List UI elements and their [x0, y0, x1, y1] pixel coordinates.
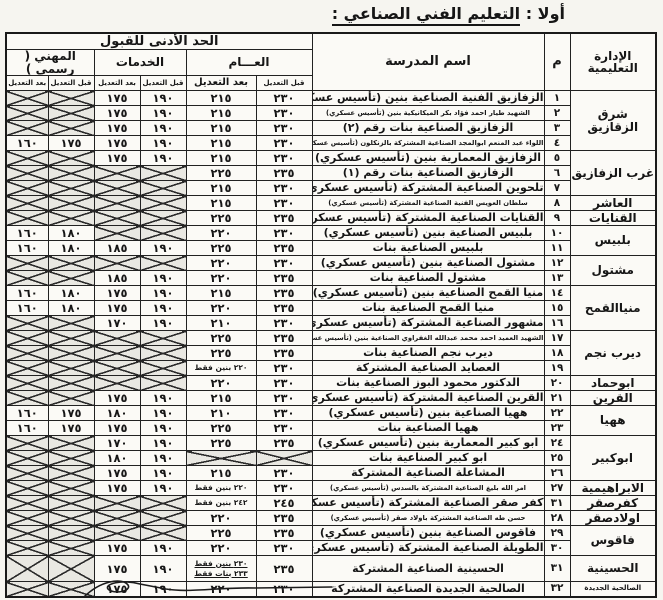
table-row: بلبيس١٠بلبيس الصناعية بنين (تأسيس عسكري)… — [6, 226, 656, 241]
value-cell: ٢١٠ — [186, 316, 256, 331]
admin-cell: ههيا — [570, 406, 656, 436]
header-school-name: اسم المدرسة — [312, 33, 544, 91]
row-number-cell: ١ — [544, 91, 570, 106]
value-cell: ٢٣٥ — [256, 166, 312, 181]
value-cell: ١٩٠ — [140, 316, 186, 331]
crossed-cell — [140, 331, 186, 346]
row-number-cell: ٣١ — [544, 496, 570, 511]
row-number-cell: ٢٠ — [544, 376, 570, 391]
value-cell: ٢٣٠ — [256, 181, 312, 196]
value-cell: ٢٣٠ — [256, 121, 312, 136]
table-row: فاقوس٢٩فاقوس الصناعية بنين (تأسيس عسكري)… — [6, 526, 656, 541]
crossed-cell — [140, 196, 186, 211]
school-name-cell: مشتول الصناعية بنات — [312, 271, 544, 286]
crossed-cell — [48, 541, 94, 556]
value-cell: ١٦٠ — [6, 421, 48, 436]
school-name-cell: منيا القمح الصناعية بنين (تأسيس عسكري) — [312, 286, 544, 301]
table-header: الإدارة التعليمية م اسم المدرسة الحد الأ… — [6, 33, 656, 91]
table-row: ١٩العصايد الصناعية المشتركة٢٣٠٢٢٠ بنين ف… — [6, 361, 656, 376]
header-group-vocational: المهني ( رسمي ) — [6, 50, 94, 76]
crossed-cell — [6, 556, 48, 582]
table-row: ديرب نجم١٧الشهيد العميد احمد محمد عبدالل… — [6, 331, 656, 346]
page-title-main: التعليم الفني الصناعي : — [332, 4, 520, 26]
value-cell: ٢٣٠ — [256, 196, 312, 211]
value-cell: ٢٢٠ — [186, 376, 256, 391]
table-row: شرق الزقازيق١الزفازيق الفنية الصناعية بن… — [6, 91, 656, 106]
school-name-cell: مشهور الصناعية المشتركة (تأسيس عسكري) — [312, 316, 544, 331]
table-row: ههيا٢٢ههيا الصناعية بنين (تأسيس عسكري)٢٣… — [6, 406, 656, 421]
header-general-after: بعد التعديل — [186, 76, 256, 91]
value-cell: ١٧٥ — [48, 406, 94, 421]
value-cell: ١٧٥ — [48, 136, 94, 151]
row-number-cell: ١٦ — [544, 316, 570, 331]
value-cell: ٢٣٥ — [256, 436, 312, 451]
value-cell: ٢٣٠ — [256, 541, 312, 556]
value-cell: ٢٣٥ — [256, 526, 312, 541]
crossed-cell — [48, 511, 94, 526]
school-name-cell: منيا القمح الصناعية بنات — [312, 301, 544, 316]
admin-cell: الصالحية الجديدة — [570, 582, 656, 597]
value-cell: ٢٢٥ — [186, 526, 256, 541]
table-row: ٢الشهيد طيار احمد فؤاد بكر الميكانيكية ب… — [6, 106, 656, 121]
school-name-cell: الزفازيق المعمارية بنين (تأسيس عسكري) — [312, 151, 544, 166]
table-row: غرب الزفازيق٥الزفازيق المعمارية بنين (تأ… — [6, 151, 656, 166]
crossed-cell — [94, 211, 140, 226]
value-cell: ٢١٥ — [186, 286, 256, 301]
value-cell: ١٩٠ — [140, 121, 186, 136]
crossed-cell — [140, 181, 186, 196]
handwritten-mark — [70, 575, 370, 600]
row-number-cell: ٣٢ — [544, 582, 570, 597]
crossed-cell — [6, 271, 48, 286]
value-cell: ٢١٥ — [186, 151, 256, 166]
value-cell: ٢٣٠ — [256, 106, 312, 121]
table-row: ٧تلحوين الصناعية المشتركة (تأسيس عسكري)٢… — [6, 181, 656, 196]
admin-cell: ابوكبير — [570, 436, 656, 481]
crossed-cell — [48, 271, 94, 286]
value-cell: ٢٢٠ — [186, 301, 256, 316]
crossed-cell — [48, 346, 94, 361]
value-cell: ١٧٥ — [94, 106, 140, 121]
crossed-cell — [94, 166, 140, 181]
row-number-cell: ١٥ — [544, 301, 570, 316]
value-cell: ٢٣٠ — [256, 136, 312, 151]
table-row: ١١بلبيس الصناعية بنات٢٣٥٢٢٥١٩٠١٨٥١٨٠١٦٠ — [6, 241, 656, 256]
row-number-cell: ٤ — [544, 136, 570, 151]
value-cell: ٢٣٠ — [256, 481, 312, 496]
school-name-cell: الشهيد العميد احمد محمد عبدالله الغفراوي… — [312, 331, 544, 346]
crossed-cell — [256, 451, 312, 466]
value-cell: ١٧٥ — [94, 481, 140, 496]
table-row: ١٣مشتول الصناعية بنات٢٣٥٢٢٠١٩٠١٨٥ — [6, 271, 656, 286]
crossed-cell — [48, 181, 94, 196]
crossed-cell — [94, 376, 140, 391]
admin-cell: مشتول — [570, 256, 656, 286]
crossed-cell — [94, 226, 140, 241]
header-general-before: قبل التعديل — [256, 76, 312, 91]
crossed-cell — [6, 166, 48, 181]
value-cell: ١٩٠ — [140, 406, 186, 421]
admin-cell: اولادصقر — [570, 511, 656, 526]
crossed-cell — [48, 436, 94, 451]
crossed-cell — [48, 91, 94, 106]
value-cell: ٢٣٠ — [256, 361, 312, 376]
crossed-cell — [6, 582, 48, 597]
crossed-cell — [48, 361, 94, 376]
table-row: ٢٣ههيا الصناعية بنات٢٣٠٢٢٥١٩٠١٧٥١٧٥١٦٠ — [6, 421, 656, 436]
value-cell: ٢٢٥ — [186, 421, 256, 436]
row-number-cell: ٢١ — [544, 391, 570, 406]
admission-minimums-table: الإدارة التعليمية م اسم المدرسة الحد الأ… — [5, 32, 657, 598]
value-cell: ٢٣٥ — [256, 241, 312, 256]
header-group-services: الخدمات — [94, 50, 186, 76]
value-cell: ١٦٠ — [6, 406, 48, 421]
value-cell: ٢٣٠ — [256, 256, 312, 271]
row-number-cell: ١٤ — [544, 286, 570, 301]
value-cell: ١٩٠ — [140, 106, 186, 121]
admin-cell: القنايات — [570, 211, 656, 226]
school-name-cell: الزفازيق الصناعية بنات رقم (١) — [312, 166, 544, 181]
crossed-cell — [6, 451, 48, 466]
value-cell: ٢٣٠ — [256, 91, 312, 106]
value-cell: ٢٣٥ — [256, 271, 312, 286]
table-row: ١٦مشهور الصناعية المشتركة (تأسيس عسكري)٢… — [6, 316, 656, 331]
table-row: العاشر٨سلطان العويس الفنية الصناعية المش… — [6, 196, 656, 211]
row-number-cell: ٥ — [544, 151, 570, 166]
header-group-general: العـــام — [186, 50, 312, 76]
value-cell: ٢٣٥ — [256, 511, 312, 526]
value-cell: ١٩٠ — [140, 421, 186, 436]
crossed-cell — [6, 211, 48, 226]
value-cell: ٢١٥ — [186, 136, 256, 151]
value-cell: ٢٤٥ — [256, 496, 312, 511]
school-name-cell: الطويلة الصناعية المشتركة (تأسيس عسكري) — [312, 541, 544, 556]
value-cell: ٢١٠ — [186, 406, 256, 421]
row-number-cell: ٢٤ — [544, 436, 570, 451]
row-number-cell: ٣٠ — [544, 541, 570, 556]
value-cell: ٢٣٠ — [256, 406, 312, 421]
value-cell: ١٩٠ — [140, 451, 186, 466]
school-name-cell: الشهيد طيار احمد فؤاد بكر الميكانيكية بن… — [312, 106, 544, 121]
crossed-cell — [48, 391, 94, 406]
table-row: الابراهيمية٢٧امر الله بليغ الصناعية المش… — [6, 481, 656, 496]
value-cell: ١٨٥ — [94, 271, 140, 286]
table-row: اولادصقر٢٨حسن طه الصناعية المشتركة باولا… — [6, 511, 656, 526]
crossed-cell — [6, 91, 48, 106]
value-cell: ٢١٥ — [186, 91, 256, 106]
crossed-cell — [140, 346, 186, 361]
value-cell: ٢٢٥ — [186, 436, 256, 451]
school-name-cell: الدكتور محمود البوز الصناعية بنات — [312, 376, 544, 391]
crossed-cell — [94, 511, 140, 526]
school-name-cell: المشاعلة الصناعية المشتركة — [312, 466, 544, 481]
school-name-cell: كفر صقر الصناعية المشتركة (تأسيس عسكري) — [312, 496, 544, 511]
table-row: ابوحماد٢٠الدكتور محمود البوز الصناعية بن… — [6, 376, 656, 391]
crossed-cell — [48, 256, 94, 271]
crossed-cell — [6, 391, 48, 406]
value-cell: ١٧٥ — [94, 136, 140, 151]
value-cell: ١٦٠ — [6, 301, 48, 316]
header-minimum-admission: الحد الأدنى للقبول — [6, 33, 312, 50]
table-row: القرين٢١القرين الصناعية المشتركة (تأسيس … — [6, 391, 656, 406]
school-name-cell: مشتول الصناعية بنين (تأسيس عسكري) — [312, 256, 544, 271]
table-row: ١٥منيا القمح الصناعية بنات٢٣٥٢٢٠١٩٠١٧٥١٨… — [6, 301, 656, 316]
value-cell: ٢٣٠ — [256, 391, 312, 406]
crossed-cell — [48, 106, 94, 121]
value-cell: ٢٣٠ — [256, 421, 312, 436]
crossed-cell — [140, 226, 186, 241]
crossed-cell — [140, 211, 186, 226]
value-cell: ١٨٠ — [48, 226, 94, 241]
value-cell: ١٦٠ — [6, 241, 48, 256]
value-cell: ٢٢٠ بنين فقط — [186, 361, 256, 376]
crossed-cell — [6, 256, 48, 271]
crossed-cell — [94, 496, 140, 511]
crossed-cell — [140, 166, 186, 181]
school-name-cell: القرين الصناعية المشتركة (تأسيس عسكري) — [312, 391, 544, 406]
crossed-cell — [94, 181, 140, 196]
value-cell: ١٩٠ — [140, 301, 186, 316]
page-title: أولا : التعليم الفني الصناعي : — [332, 4, 565, 23]
row-number-cell: ٢٢ — [544, 406, 570, 421]
admin-cell: القرين — [570, 391, 656, 406]
row-number-cell: ٢ — [544, 106, 570, 121]
value-cell: ١٧٥ — [94, 301, 140, 316]
value-cell: ١٦٠ — [6, 136, 48, 151]
value-cell: ٢١٥ — [186, 466, 256, 481]
school-name-cell: الزفازيق الفنية الصناعية بنين (تأسيس عسك… — [312, 91, 544, 106]
value-cell: ١٧٥ — [94, 91, 140, 106]
row-number-cell: ٦ — [544, 166, 570, 181]
school-name-cell: امر الله بليغ الصناعية المشتركة بالسدس (… — [312, 481, 544, 496]
value-cell: ١٩٠ — [140, 541, 186, 556]
crossed-cell — [94, 196, 140, 211]
admin-cell: منياالقمح — [570, 286, 656, 331]
row-number-cell: ٢٥ — [544, 451, 570, 466]
crossed-cell — [6, 196, 48, 211]
crossed-cell — [48, 496, 94, 511]
crossed-cell — [6, 496, 48, 511]
value-cell: ٢٣٠ — [256, 376, 312, 391]
school-name-cell: العصايد الصناعية المشتركة — [312, 361, 544, 376]
table-row: ٢٦المشاعلة الصناعية المشتركة٢٣٠٢١٥١٩٠١٧٥ — [6, 466, 656, 481]
scanned-document-page: أولا : التعليم الفني الصناعي : الإدارة ا… — [0, 0, 663, 600]
crossed-cell — [6, 331, 48, 346]
value-cell: ١٧٥ — [94, 466, 140, 481]
value-cell: ٢٢٠ بنين فقط — [186, 481, 256, 496]
crossed-cell — [140, 526, 186, 541]
value-cell: ٢٢٠ — [186, 256, 256, 271]
crossed-cell — [48, 376, 94, 391]
value-cell: ٢٣٥ — [256, 301, 312, 316]
crossed-cell — [48, 166, 94, 181]
row-number-cell: ٧ — [544, 181, 570, 196]
admin-cell: غرب الزفازيق — [570, 151, 656, 196]
value-cell: ١٦٠ — [6, 286, 48, 301]
row-number-cell: ١٢ — [544, 256, 570, 271]
crossed-cell — [48, 331, 94, 346]
crossed-cell — [6, 151, 48, 166]
value-cell: ٢٢٥ — [186, 346, 256, 361]
row-number-cell: ٣١ — [544, 556, 570, 582]
value-cell: ٢١٥ — [186, 181, 256, 196]
value-cell: ١٧٥ — [94, 541, 140, 556]
header-number: م — [544, 33, 570, 91]
school-name-cell: فاقوس الصناعية بنين (تأسيس عسكري) — [312, 526, 544, 541]
crossed-cell — [48, 121, 94, 136]
crossed-cell — [140, 511, 186, 526]
value-cell: ١٩٠ — [140, 136, 186, 151]
table-row: كفرصقر٣١كفر صقر الصناعية المشتركة (تأسيس… — [6, 496, 656, 511]
value-cell: ٢١٥ — [186, 106, 256, 121]
value-cell: ١٩٠ — [140, 481, 186, 496]
value-cell: ٢٣٠ — [256, 316, 312, 331]
crossed-cell — [6, 481, 48, 496]
crossed-cell — [6, 541, 48, 556]
admin-cell: الحسينية — [570, 556, 656, 582]
table-row: ابوكبير٢٤ابو كبير المعمارية بنين (تأسيس … — [6, 436, 656, 451]
school-name-cell: ديرب نجم الصناعية بنات — [312, 346, 544, 361]
value-cell: ٢٢٠ — [186, 511, 256, 526]
crossed-cell — [6, 511, 48, 526]
table-row: ٦الزفازيق الصناعية بنات رقم (١)٢٣٥٢٢٥ — [6, 166, 656, 181]
value-cell: ١٩٠ — [140, 271, 186, 286]
header-services-after: بعد التعديل — [94, 76, 140, 91]
row-number-cell: ٢٨ — [544, 511, 570, 526]
value-cell: ١٩٠ — [140, 286, 186, 301]
crossed-cell — [48, 196, 94, 211]
school-name-cell: ههيا الصناعية بنات — [312, 421, 544, 436]
value-cell: ٢٤٢ بنين فقط — [186, 496, 256, 511]
table-row: ٤اللواء عبد المنعم ابوالمجد الصناعية الم… — [6, 136, 656, 151]
value-cell: ١٦٠ — [6, 226, 48, 241]
value-cell: ٢٢٥ — [186, 331, 256, 346]
table-row: مشتول١٢مشتول الصناعية بنين (تأسيس عسكري)… — [6, 256, 656, 271]
value-cell: ٢٣٠ — [256, 466, 312, 481]
admin-cell: الابراهيمية — [570, 481, 656, 496]
value-cell: ١٨٠ — [48, 241, 94, 256]
value-cell: ١٨٠ — [48, 301, 94, 316]
crossed-cell — [94, 346, 140, 361]
crossed-cell — [140, 256, 186, 271]
school-name-cell: ههيا الصناعية بنين (تأسيس عسكري) — [312, 406, 544, 421]
admin-cell: العاشر — [570, 196, 656, 211]
value-cell: ٢٢٠ — [186, 541, 256, 556]
school-table-body: شرق الزقازيق١الزفازيق الفنية الصناعية بن… — [6, 91, 656, 597]
value-cell: ٢٢٥ — [186, 166, 256, 181]
school-name-cell: بلبيس الصناعية بنين (تأسيس عسكري) — [312, 226, 544, 241]
value-cell: ١٩٠ — [140, 466, 186, 481]
row-number-cell: ٢٦ — [544, 466, 570, 481]
value-cell: ١٧٥ — [94, 421, 140, 436]
crossed-cell — [48, 481, 94, 496]
school-name-cell: تلحوين الصناعية المشتركة (تأسيس عسكري) — [312, 181, 544, 196]
value-cell: ٢١٥ — [186, 391, 256, 406]
crossed-cell — [94, 331, 140, 346]
admin-cell: ديرب نجم — [570, 331, 656, 376]
crossed-cell — [6, 361, 48, 376]
value-cell: ١٨٥ — [94, 241, 140, 256]
table-row: القنايات٩القنايات الصناعية المشتركة (تأس… — [6, 211, 656, 226]
crossed-cell — [6, 121, 48, 136]
value-cell: ٢٣٥ — [256, 346, 312, 361]
crossed-cell — [48, 151, 94, 166]
header-services-before: قبل التعديل — [140, 76, 186, 91]
school-name-cell: بلبيس الصناعية بنات — [312, 241, 544, 256]
value-cell: ١٩٠ — [140, 91, 186, 106]
crossed-cell — [48, 316, 94, 331]
value-cell: ٢٣٥ — [256, 211, 312, 226]
admin-cell: كفرصقر — [570, 496, 656, 511]
header-vocational-after: بعد التعديل — [6, 76, 48, 91]
value-cell: ٢٣٠ — [256, 226, 312, 241]
value-cell: ١٨٠ — [48, 286, 94, 301]
school-name-cell: ابو كبير المعمارية بنين (تأسيس عسكري) — [312, 436, 544, 451]
row-number-cell: ٩ — [544, 211, 570, 226]
table-row: ١٨ديرب نجم الصناعية بنات٢٣٥٢٢٥ — [6, 346, 656, 361]
header-admin: الإدارة التعليمية — [570, 33, 656, 91]
school-name-cell: اللواء عبد المنعم ابوالمجد الصناعية المش… — [312, 136, 544, 151]
value-cell: ١٧٠ — [94, 436, 140, 451]
admin-cell: شرق الزقازيق — [570, 91, 656, 151]
value-cell: ٢١٥ — [186, 196, 256, 211]
crossed-cell — [48, 466, 94, 481]
row-number-cell: ٣ — [544, 121, 570, 136]
school-name-cell: القنايات الصناعية المشتركة (تأسيس عسكري) — [312, 211, 544, 226]
crossed-cell — [6, 466, 48, 481]
crossed-cell — [140, 376, 186, 391]
row-number-cell: ١٨ — [544, 346, 570, 361]
value-cell: ١٧٥ — [48, 421, 94, 436]
row-number-cell: ١١ — [544, 241, 570, 256]
crossed-cell — [6, 346, 48, 361]
row-number-cell: ٨ — [544, 196, 570, 211]
value-cell: ٢٢٠ — [186, 271, 256, 286]
admin-cell: فاقوس — [570, 526, 656, 556]
value-cell: ١٩٠ — [140, 436, 186, 451]
row-number-cell: ٢٧ — [544, 481, 570, 496]
school-name-cell: الزفازيق الصناعية بنات رقم (٢) — [312, 121, 544, 136]
row-number-cell: ١٩ — [544, 361, 570, 376]
value-cell: ١٩٠ — [140, 391, 186, 406]
row-number-cell: ٢٣ — [544, 421, 570, 436]
value-cell: ٢٣٠ — [256, 151, 312, 166]
value-cell: ١٧٥ — [94, 151, 140, 166]
crossed-cell — [94, 361, 140, 376]
value-cell: ٢٢٥ — [186, 211, 256, 226]
header-vocational-before: قبل التعديل — [48, 76, 94, 91]
admin-cell: ابوحماد — [570, 376, 656, 391]
row-number-cell: ١٧ — [544, 331, 570, 346]
table-row: ٣الزفازيق الصناعية بنات رقم (٢)٢٣٠٢١٥١٩٠… — [6, 121, 656, 136]
value-cell: ٢٢٥ — [186, 241, 256, 256]
school-name-cell: ابو كبير الصناعية بنات — [312, 451, 544, 466]
value-cell: ٢٣٥ — [256, 286, 312, 301]
value-cell: ١٩٠ — [140, 241, 186, 256]
row-number-cell: ١٠ — [544, 226, 570, 241]
crossed-cell — [6, 106, 48, 121]
crossed-cell — [6, 316, 48, 331]
value-cell: ١٧٥ — [94, 121, 140, 136]
value-cell: ١٧٠ — [94, 316, 140, 331]
value-cell: ١٧٥ — [94, 391, 140, 406]
school-name-cell: حسن طه الصناعية المشتركة باولاد صقر (تأس… — [312, 511, 544, 526]
crossed-cell — [6, 181, 48, 196]
school-name-cell: سلطان العويس الفنية الصناعية المشتركة (ت… — [312, 196, 544, 211]
crossed-cell — [94, 256, 140, 271]
row-number-cell: ٢٩ — [544, 526, 570, 541]
value-cell: ١٨٠ — [94, 406, 140, 421]
